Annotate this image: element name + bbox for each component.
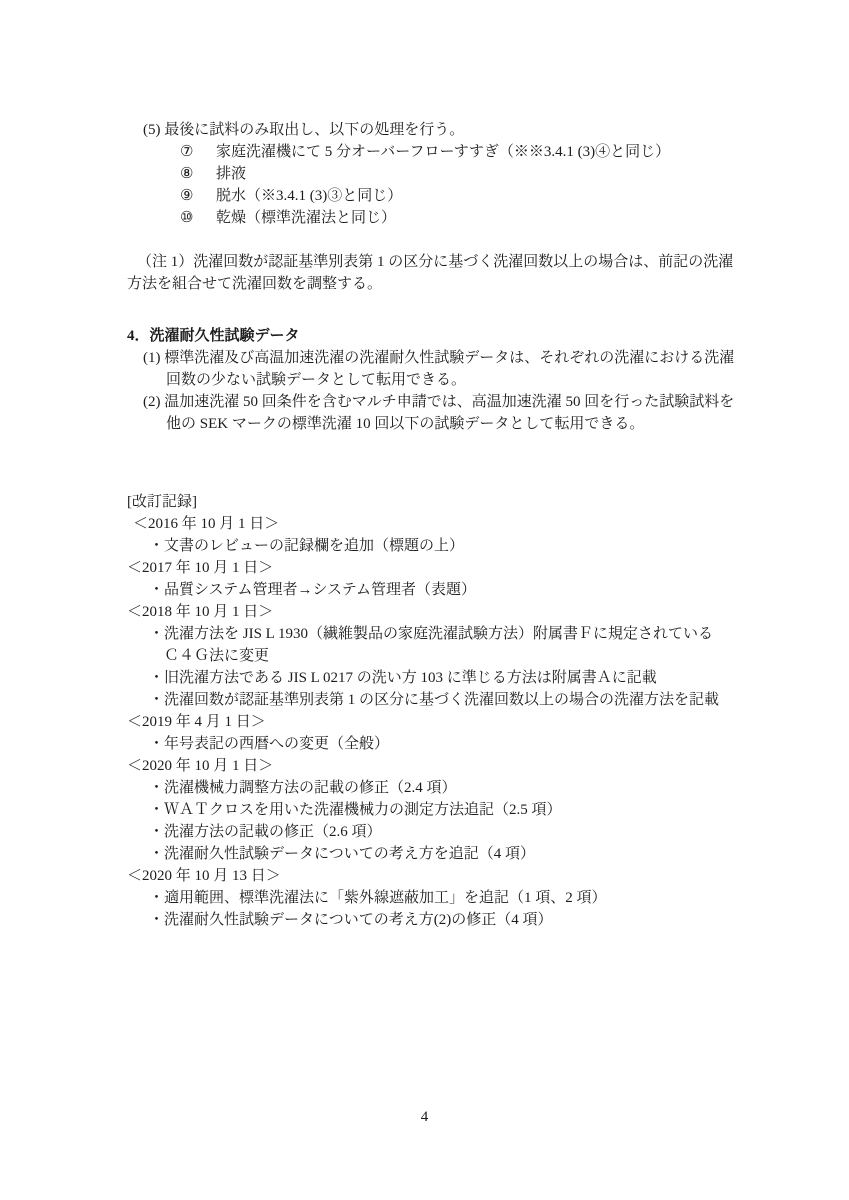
page-content: (5) 最後に試料のみ取出し、以下の処理を行う。 ⑦家庭洗濯機にて 5 分オーバ… bbox=[127, 119, 727, 931]
revision-entry: ・洗濯耐久性試験データについての考え方を追記（4 項） bbox=[127, 843, 727, 865]
revision-entry: ・年号表記の西暦への変更（全般） bbox=[127, 733, 727, 755]
revision-entry: ・文書のレビューの記録欄を追加（標題の上） bbox=[127, 535, 727, 557]
revision-entry: ・洗濯耐久性試験データについての考え方(2)の修正（4 項） bbox=[127, 909, 727, 931]
revision-date: ＜2017 年 10 月 1 日＞ bbox=[127, 557, 727, 579]
step-number: ⑦ bbox=[180, 141, 216, 163]
revision-date: ＜2018 年 10 月 1 日＞ bbox=[127, 601, 727, 623]
page-number: 4 bbox=[0, 1106, 849, 1128]
revision-date: ＜2020 年 10 月 13 日＞ bbox=[127, 865, 727, 887]
item-line: 他の SEK マークの標準洗濯 10 回以下の試験データとして転用できる。 bbox=[127, 413, 727, 435]
step-text: 家庭洗濯機にて 5 分オーバーフローすすぎ（※※3.4.1 (3)④と同じ） bbox=[216, 144, 670, 160]
note-line: （注 1）洗濯回数が認証基準別表第 1 の区分に基づく洗濯回数以上の場合は、前記… bbox=[127, 251, 727, 273]
procedure-step-10: ⑩乾燥（標準洗濯法と同じ） bbox=[127, 207, 727, 229]
step-text: 排液 bbox=[216, 166, 246, 182]
revision-entry: ・適用範囲、標準洗濯法に「紫外線遮蔽加工」を追記（1 項、2 項） bbox=[127, 887, 727, 909]
step-number: ⑨ bbox=[180, 185, 216, 207]
step-text: 脱水（※3.4.1 (3)③と同じ） bbox=[216, 188, 402, 204]
step-text: 乾燥（標準洗濯法と同じ） bbox=[216, 210, 396, 226]
item-line: 回数の少ない試験データとして転用できる。 bbox=[127, 369, 727, 391]
revision-entry: ・洗濯回数が認証基準別表第 1 の区分に基づく洗濯回数以上の場合の洗濯方法を記載 bbox=[127, 689, 727, 711]
revision-entry: ・品質システム管理者→システム管理者（表題） bbox=[127, 579, 727, 601]
revision-entry: ・洗濯方法の記載の修正（2.6 項） bbox=[127, 821, 727, 843]
revision-entry: ・ＷＡＴクロスを用いた洗濯機械力の測定方法追記（2.5 項） bbox=[127, 799, 727, 821]
revision-date: ＜2019 年 4 月 1 日＞ bbox=[127, 711, 727, 733]
revision-title: [改訂記録] bbox=[127, 491, 727, 513]
revision-entry-continuation: Ｃ４Ｇ法に変更 bbox=[127, 645, 727, 667]
item-line: (1) 標準洗濯及び高温加速洗濯の洗濯耐久性試験データは、それぞれの洗濯における… bbox=[127, 347, 727, 369]
step-number: ⑧ bbox=[180, 163, 216, 185]
section-4-item-1: (1) 標準洗濯及び高温加速洗濯の洗濯耐久性試験データは、それぞれの洗濯における… bbox=[127, 347, 727, 391]
procedure-step-8: ⑧排液 bbox=[127, 163, 727, 185]
document-page: (5) 最後に試料のみ取出し、以下の処理を行う。 ⑦家庭洗濯機にて 5 分オーバ… bbox=[0, 0, 849, 1200]
section-4-heading: 4．洗濯耐久性試験データ bbox=[127, 325, 727, 347]
section-4-item-2: (2) 温加速洗濯 50 回条件を含むマルチ申請では、高温加速洗濯 50 回を行… bbox=[127, 391, 727, 435]
note-line: 方法を組合せて洗濯回数を調整する。 bbox=[127, 273, 727, 295]
revision-record: [改訂記録] ＜2016 年 10 月 1 日＞ ・文書のレビューの記録欄を追加… bbox=[127, 491, 727, 931]
item-line: (2) 温加速洗濯 50 回条件を含むマルチ申請では、高温加速洗濯 50 回を行… bbox=[127, 391, 727, 413]
step-number: ⑩ bbox=[180, 207, 216, 229]
revision-entry: ・洗濯方法を JIS L 1930（繊維製品の家庭洗濯試験方法）附属書Ｆに規定さ… bbox=[127, 623, 727, 645]
note-paragraph: （注 1）洗濯回数が認証基準別表第 1 の区分に基づく洗濯回数以上の場合は、前記… bbox=[127, 251, 727, 295]
procedure-intro: (5) 最後に試料のみ取出し、以下の処理を行う。 bbox=[127, 119, 727, 141]
revision-entry: ・旧洗濯方法である JIS L 0217 の洗い方 103 に準じる方法は附属書… bbox=[127, 667, 727, 689]
revision-entry: ・洗濯機械力調整方法の記載の修正（2.4 項） bbox=[127, 777, 727, 799]
procedure-step-9: ⑨脱水（※3.4.1 (3)③と同じ） bbox=[127, 185, 727, 207]
revision-date: ＜2016 年 10 月 1 日＞ bbox=[127, 513, 727, 535]
procedure-step-7: ⑦家庭洗濯機にて 5 分オーバーフローすすぎ（※※3.4.1 (3)④と同じ） bbox=[127, 141, 727, 163]
revision-date: ＜2020 年 10 月 1 日＞ bbox=[127, 755, 727, 777]
